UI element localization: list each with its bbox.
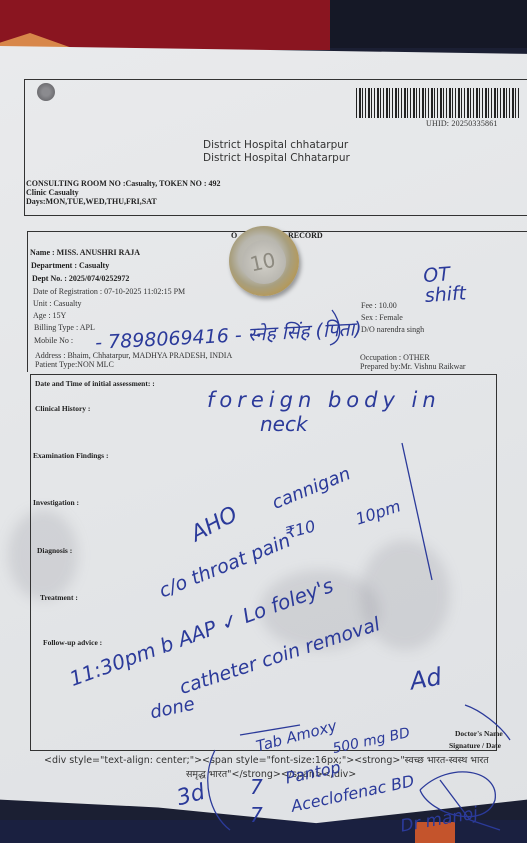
handwritten-dose-2: 7 — [250, 803, 263, 827]
field-initial-assessment: Date and Time of initial assessment: : — [35, 379, 155, 388]
doctor-name-label: Doctor's Name — [455, 729, 503, 738]
record-title-right: RECORD — [288, 231, 323, 240]
field-investigation: Investigation : — [33, 498, 79, 507]
age: Age : 15Y — [33, 311, 66, 320]
registration-date: Date of Registration : 07-10-2025 11:02:… — [33, 287, 185, 296]
uhid-label: UHID: 20250335861 — [426, 119, 498, 128]
unit: Unit : Casualty — [33, 299, 81, 308]
background-dark-area — [330, 0, 527, 48]
consulting-info: CONSULTING ROOM NO :Casualty, TOKEN NO :… — [26, 179, 221, 206]
relation: D/O narendra singh — [361, 325, 424, 334]
fee: Fee : 10.00 — [361, 301, 397, 310]
handwritten-initials: Ad — [408, 662, 444, 695]
patient-type: Patient Type:NON MLC — [35, 360, 114, 369]
field-examination-findings: Examination Findings : — [33, 451, 108, 460]
dept-number: Dept No. : 2025/074/0252972 — [32, 274, 129, 283]
field-diagnosis: Diagnosis : — [37, 546, 72, 555]
signature-date-label: Signature / Date — [449, 741, 501, 750]
hospital-name-2: District Hospital Chhatarpur — [203, 152, 350, 164]
prepared-by: Prepared by:Mr. Vishnu Raikwar — [360, 362, 466, 371]
field-followup-advice: Follow-up advice : — [43, 638, 102, 647]
billing-type: Billing Type : APL — [34, 323, 95, 332]
emblem-icon — [37, 83, 55, 101]
handwritten-clinical-history-1: foreign body in — [207, 388, 441, 412]
field-clinical-history: Clinical History : — [35, 404, 90, 413]
barcode-icon — [356, 88, 520, 118]
handwritten-dose-1: 7 — [250, 775, 263, 799]
footer-raw-html-line1: <div style="text-align: center;"><span s… — [44, 753, 489, 766]
clinic-name: Clinic Casualty — [26, 188, 221, 197]
handwritten-clinical-history-2: neck — [260, 412, 308, 436]
consulting-room-token: CONSULTING ROOM NO :Casualty, TOKEN NO :… — [26, 179, 221, 188]
occupation: Occupation : OTHER — [360, 353, 430, 362]
patient-name: Name : MISS. ANUSHRI RAJA — [30, 248, 140, 257]
mobile-label: Mobile No : — [34, 336, 73, 345]
clinic-days: Days:MON,TUE,WED,THU,FRI,SAT — [26, 197, 221, 206]
handwritten-ot-shift: OT shift — [423, 262, 486, 306]
sex: Sex : Female — [361, 313, 403, 322]
field-treatment: Treatment : — [40, 593, 78, 602]
department: Department : Casualty — [31, 261, 109, 270]
hospital-name-1: District Hospital chhatarpur — [203, 139, 348, 151]
